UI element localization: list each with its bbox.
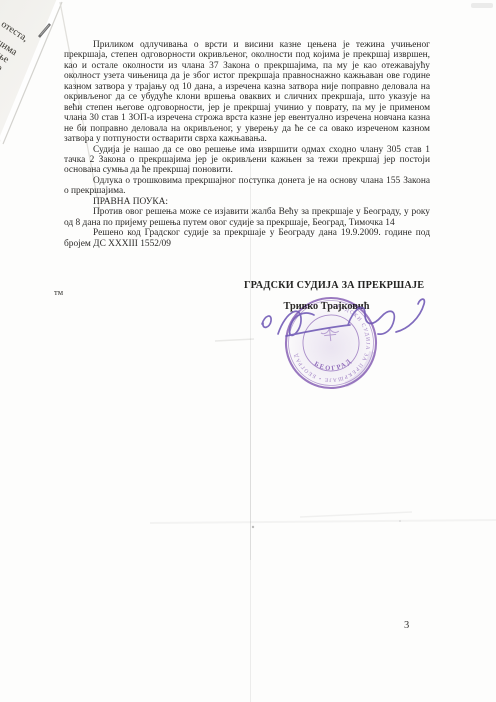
scan-speck [252, 526, 254, 528]
paragraph-sentencing-reasons: Приликом одлучивања о врсти и висини каз… [64, 40, 430, 145]
page-number: 3 [404, 620, 409, 631]
scanned-document-page: отеста, шима ње о Приликом одлучивања о … [0, 0, 496, 702]
scan-speck [399, 520, 401, 522]
signature-stroke [348, 308, 394, 335]
court-title: ГРАДСКИ СУДИЈА ЗА ПРЕКРШАЈЕ [244, 280, 409, 291]
legal-remedy-heading: ПРАВНА ПОУКА: [64, 197, 430, 207]
signature-stroke [262, 316, 271, 327]
scan-corner-smudge [471, 3, 493, 8]
horizontal-fold-crease [150, 520, 496, 523]
horizontal-smudge [215, 339, 254, 341]
decision-body-text: Приликом одлучивања о врсти и висини каз… [64, 40, 430, 249]
typist-initials: тм [54, 287, 63, 297]
paragraph-case-reference: Решено код Градског судије за прекршаје … [64, 228, 430, 249]
signature-stroke [286, 325, 350, 336]
horizontal-smudge [300, 512, 412, 517]
judge-signature [252, 294, 442, 352]
paragraph-immediate-enforcement: Судија је нашао да се ово решење има изв… [64, 145, 430, 176]
paragraph-appeal-instructions: Против овог решења може се изјавити жалб… [64, 207, 430, 228]
paragraph-costs-decision: Одлука о трошковима прекршајног поступка… [64, 176, 430, 197]
signature-stroke [396, 299, 424, 332]
